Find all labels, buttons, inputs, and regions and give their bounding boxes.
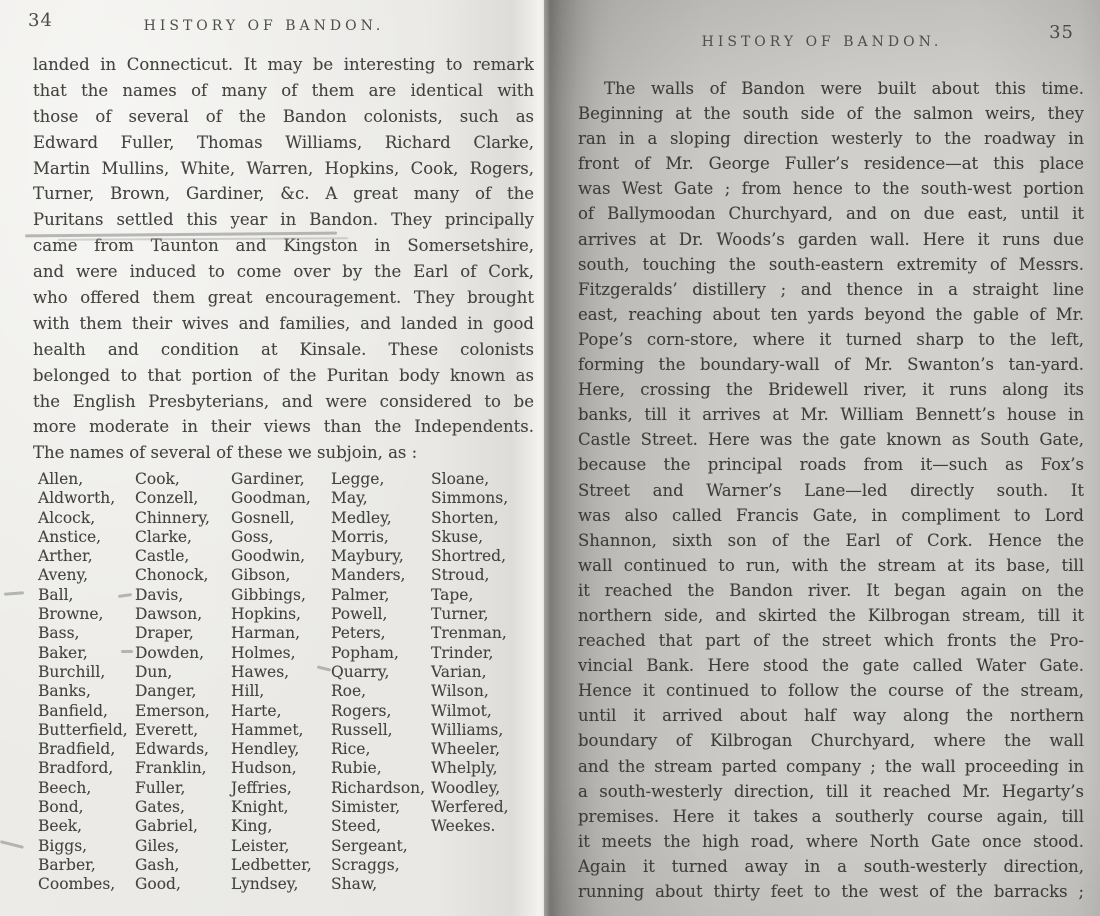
pencil-mark-ball (4, 591, 24, 595)
surname-item: Hendley, (231, 740, 331, 759)
surname-item: Knight, (231, 798, 331, 817)
surname-item: Manders, (331, 566, 431, 585)
text-line: south, touching the south-eastern extrem… (578, 252, 1084, 277)
text-line: more moderate in their views than the In… (33, 414, 534, 440)
surname-item: Anstice, (38, 528, 135, 547)
text-line: wall continued to run, with the stream a… (578, 553, 1084, 578)
text-line: was also called Francis Gate, in complim… (578, 503, 1084, 528)
surname-item: Trinder, (431, 644, 540, 663)
text-line: Shannon, sixth son of the Earl of Cork. … (578, 528, 1084, 553)
surname-item: May, (331, 489, 431, 508)
surname-item: Richardson, (331, 779, 431, 798)
surname-item: Bond, (38, 798, 135, 817)
running-header-left: HISTORY OF BANDON. (0, 18, 536, 34)
surname-item: Bradford, (38, 759, 135, 778)
surname-item: Gates, (135, 798, 231, 817)
text-line: Street and Warner’s Lane—led directly so… (578, 478, 1084, 503)
text-line: front of Mr. George Fuller’s residence—a… (578, 151, 1084, 176)
surname-item: Harte, (231, 702, 331, 721)
surname-item: Hammet, (231, 721, 331, 740)
left-page: 34 HISTORY OF BANDON. landed in Connecti… (0, 0, 544, 916)
surname-item: Goodwin, (231, 547, 331, 566)
surname-item: Butterfield, (38, 721, 135, 740)
surname-column: Allen,Aldworth,Alcock,Anstice,Arther,Ave… (38, 470, 135, 895)
surname-item: Dowden, (135, 644, 231, 663)
text-line: ran in a sloping direction westerly to t… (578, 126, 1084, 151)
running-header-right: HISTORY OF BANDON. (544, 34, 1100, 50)
surname-item: Beech, (38, 779, 135, 798)
surname-item: Weekes. (431, 817, 540, 836)
surname-item: Hopkins, (231, 605, 331, 624)
text-line: was West Gate ; from hence to the south-… (578, 176, 1084, 201)
surname-item: Holmes, (231, 644, 331, 663)
text-line: health and condition at Kinsale. These c… (33, 337, 534, 363)
text-line: east, reaching about ten yards beyond th… (578, 302, 1084, 327)
surname-item: Rogers, (331, 702, 431, 721)
surname-item: Gibson, (231, 566, 331, 585)
surname-item: Scraggs, (331, 856, 431, 875)
surname-item: Simister, (331, 798, 431, 817)
surname-item: Legge, (331, 470, 431, 489)
surname-item: Browne, (38, 605, 135, 624)
surname-item: Dun, (135, 663, 231, 682)
surname-item: Aldworth, (38, 489, 135, 508)
surname-item: Hawes, (231, 663, 331, 682)
right-page-paragraph: The walls of Bandon were built about thi… (578, 76, 1084, 904)
surname-item: Varian, (431, 663, 540, 682)
text-line: Turner, Brown, Gardiner, &c. A great man… (33, 181, 534, 207)
left-page-paragraph: landed in Connecticut. It may be interes… (33, 52, 534, 466)
text-line: Martin Mullins, White, Warren, Hopkins, … (33, 156, 534, 182)
text-line: Fitzgeralds’ distillery ; and thence in … (578, 277, 1084, 302)
text-line: running about thirty feet to the west of… (578, 879, 1084, 904)
surname-item: Woodley, (431, 779, 540, 798)
text-line: arrives at Dr. Woods’s garden wall. Here… (578, 227, 1084, 252)
text-line: that the names of many of them are ident… (33, 78, 534, 104)
surname-item: Sloane, (431, 470, 540, 489)
text-line: of Ballymoodan Churchyard, and on due ea… (578, 201, 1084, 226)
text-line: Again it turned away in a south-westerly… (578, 854, 1084, 879)
text-line: it meets the high road, where North Gate… (578, 829, 1084, 854)
surname-item: Cook, (135, 470, 231, 489)
text-line: until it arrived about half way along th… (578, 703, 1084, 728)
text-line: and were induced to come over by the Ear… (33, 259, 534, 285)
surname-item: Giles, (135, 837, 231, 856)
surname-item: Franklin, (135, 759, 231, 778)
text-line: it reached the Bandon river. It began ag… (578, 578, 1084, 603)
surname-item: Bass, (38, 624, 135, 643)
text-line: premises. Here it takes a southerly cour… (578, 804, 1084, 829)
surname-item: Wheeler, (431, 740, 540, 759)
surname-item: Coombes, (38, 875, 135, 894)
text-line: vincial Bank. Here stood the gate called… (578, 653, 1084, 678)
surname-item: Morris, (331, 528, 431, 547)
surname-item: Powell, (331, 605, 431, 624)
surname-item: King, (231, 817, 331, 836)
surname-item: Emerson, (135, 702, 231, 721)
surname-item: Shorten, (431, 509, 540, 528)
surname-item: Jeffries, (231, 779, 331, 798)
surname-item: Wilmot, (431, 702, 540, 721)
surname-item: Everett, (135, 721, 231, 740)
surname-item: Dawson, (135, 605, 231, 624)
surname-item: Tape, (431, 586, 540, 605)
surname-item: Davis, (135, 586, 231, 605)
surname-item: Draper, (135, 624, 231, 643)
text-line: and the stream parted company ; the wall… (578, 754, 1084, 779)
text-line: belonged to that portion of the Puritan … (33, 363, 534, 389)
surname-item: Werfered, (431, 798, 540, 817)
surname-list: Allen,Aldworth,Alcock,Anstice,Arther,Ave… (38, 470, 540, 895)
surname-item: Simmons, (431, 489, 540, 508)
text-line: boundary of Kilbrogan Churchyard, where … (578, 728, 1084, 753)
surname-item: Lyndsey, (231, 875, 331, 894)
surname-item: Roe, (331, 682, 431, 701)
surname-item: Bradfield, (38, 740, 135, 759)
surname-item: Fuller, (135, 779, 231, 798)
surname-item: Chonock, (135, 566, 231, 585)
text-line: Here, crossing the Bridewell river, it r… (578, 377, 1084, 402)
pencil-mark-dowden (121, 650, 133, 653)
surname-column: Gardiner,Goodman,Gosnell,Goss,Goodwin,Gi… (231, 470, 331, 895)
text-line: forming the boundary-wall of Mr. Swanton… (578, 352, 1084, 377)
surname-item: Shortred, (431, 547, 540, 566)
surname-item: Popham, (331, 644, 431, 663)
text-line: Beginning at the south side of the salmo… (578, 101, 1084, 126)
text-line: The names of several of these we subjoin… (33, 440, 534, 466)
surname-item: Stroud, (431, 566, 540, 585)
surname-item: Skuse, (431, 528, 540, 547)
surname-item: Maybury, (331, 547, 431, 566)
surname-column: Legge,May,Medley,Morris,Maybury,Manders,… (331, 470, 431, 895)
surname-item: Gabriel, (135, 817, 231, 836)
surname-item: Williams, (431, 721, 540, 740)
surname-item: Shaw, (331, 875, 431, 894)
surname-item: Ledbetter, (231, 856, 331, 875)
surname-item: Gardiner, (231, 470, 331, 489)
surname-item: Peters, (331, 624, 431, 643)
text-line: Edward Fuller, Thomas Williams, Richard … (33, 130, 534, 156)
surname-item: Good, (135, 875, 231, 894)
text-line: those of several of the Bandon colonists… (33, 104, 534, 130)
text-line: banks, till it arrives at Mr. William Be… (578, 402, 1084, 427)
surname-item: Harman, (231, 624, 331, 643)
pencil-mark-biggs (0, 840, 24, 848)
text-line: Castle Street. Here was the gate known a… (578, 427, 1084, 452)
text-line: northern side, and skirted the Kilbrogan… (578, 603, 1084, 628)
surname-item: Russell, (331, 721, 431, 740)
surname-item: Edwards, (135, 740, 231, 759)
right-page: 35 HISTORY OF BANDON. The walls of Bando… (544, 0, 1100, 916)
surname-item: Gibbings, (231, 586, 331, 605)
surname-item: Sergeant, (331, 837, 431, 856)
text-line: reached that part of the street which fr… (578, 628, 1084, 653)
surname-item: Baker, (38, 644, 135, 663)
surname-item: Wilson, (431, 682, 540, 701)
surname-item: Trenman, (431, 624, 540, 643)
surname-item: Biggs, (38, 837, 135, 856)
surname-item: Alcock, (38, 509, 135, 528)
surname-item: Allen, (38, 470, 135, 489)
surname-column: Cook,Conzell,Chinnery,Clarke,Castle,Chon… (135, 470, 231, 895)
text-line: because the principal roads from it—such… (578, 452, 1084, 477)
surname-item: Barber, (38, 856, 135, 875)
text-line: a south-westerly direction, till it reac… (578, 779, 1084, 804)
surname-column: Sloane,Simmons,Shorten,Skuse,Shortred,St… (431, 470, 540, 895)
surname-item: Clarke, (135, 528, 231, 547)
surname-item: Banks, (38, 682, 135, 701)
surname-item: Conzell, (135, 489, 231, 508)
surname-item: Chinnery, (135, 509, 231, 528)
text-line: The walls of Bandon were built about thi… (578, 76, 1084, 101)
surname-item: Aveny, (38, 566, 135, 585)
surname-item: Palmer, (331, 586, 431, 605)
surname-item: Hill, (231, 682, 331, 701)
surname-item: Burchill, (38, 663, 135, 682)
surname-item: Rice, (331, 740, 431, 759)
surname-item: Turner, (431, 605, 540, 624)
surname-item: Danger, (135, 682, 231, 701)
surname-item: Leister, (231, 837, 331, 856)
surname-item: Gosnell, (231, 509, 331, 528)
surname-item: Arther, (38, 547, 135, 566)
text-line: the English Presbyterians, and were cons… (33, 389, 534, 415)
surname-item: Quarry, (331, 663, 431, 682)
text-line: Hence it continued to follow the course … (578, 678, 1084, 703)
surname-item: Steed, (331, 817, 431, 836)
surname-item: Rubie, (331, 759, 431, 778)
surname-item: Goodman, (231, 489, 331, 508)
text-line: with them their wives and families, and … (33, 311, 534, 337)
surname-item: Banfield, (38, 702, 135, 721)
surname-item: Goss, (231, 528, 331, 547)
surname-item: Castle, (135, 547, 231, 566)
text-line: Puritans settled this year in Bandon. Th… (33, 207, 534, 233)
text-line: who offered them great encouragement. Th… (33, 285, 534, 311)
surname-item: Gash, (135, 856, 231, 875)
surname-item: Medley, (331, 509, 431, 528)
surname-item: Hudson, (231, 759, 331, 778)
text-line: Pope’s corn-store, where it turned sharp… (578, 327, 1084, 352)
surname-item: Beek, (38, 817, 135, 836)
book-spread: 34 HISTORY OF BANDON. landed in Connecti… (0, 0, 1100, 916)
text-line: landed in Connecticut. It may be interes… (33, 52, 534, 78)
surname-item: Whelply, (431, 759, 540, 778)
